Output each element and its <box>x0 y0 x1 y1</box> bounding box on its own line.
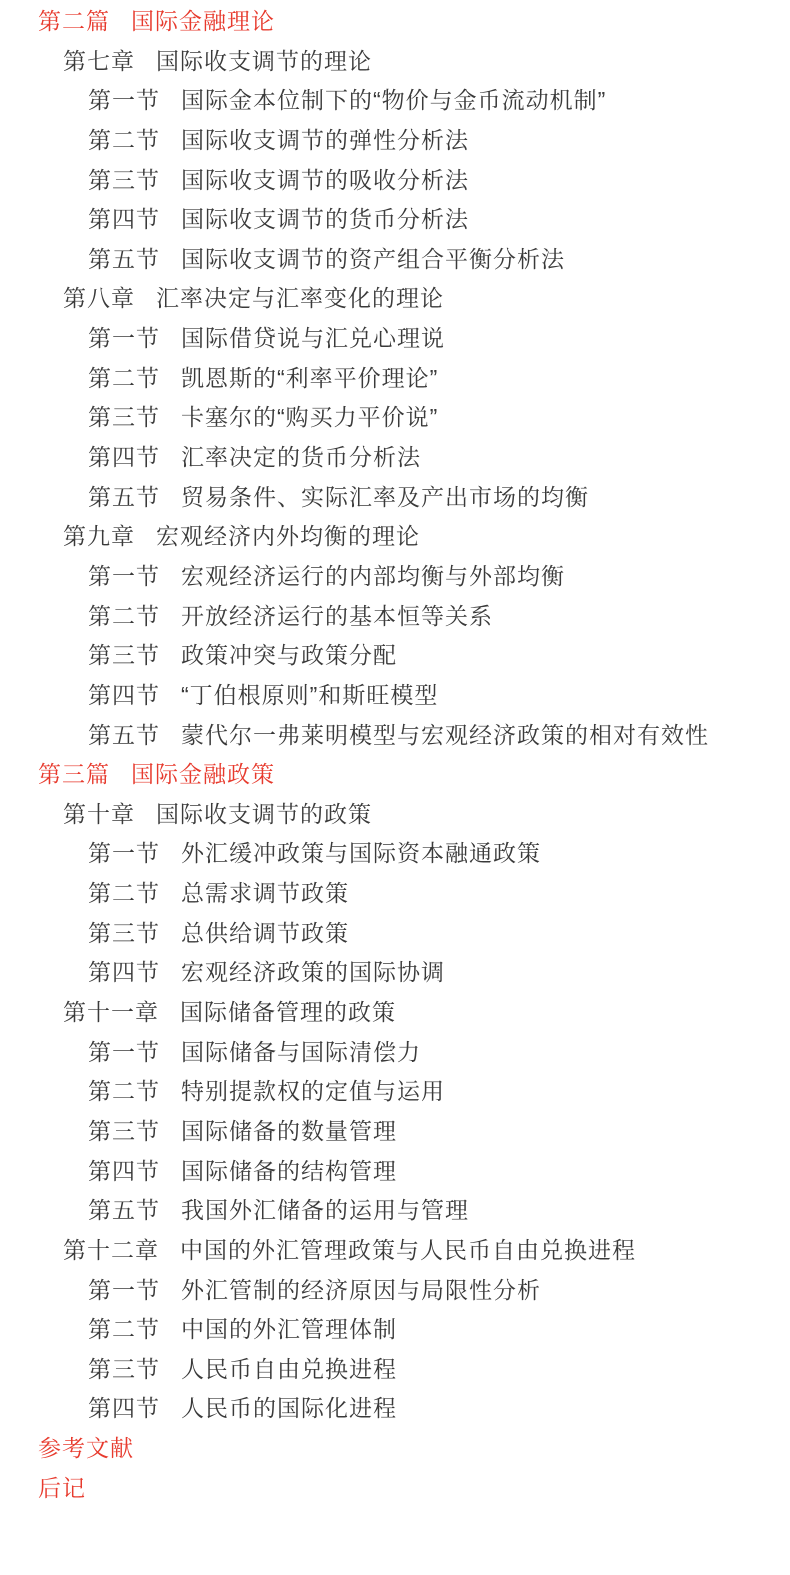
toc-entry-label: 第九章 <box>63 523 135 549</box>
toc-entry-label: 第三篇 <box>38 761 110 787</box>
toc-entry-section[interactable]: 第一节外汇管制的经济原因与局限性分析 <box>0 1271 790 1311</box>
toc-entry-label: 第二节 <box>88 1316 160 1342</box>
toc-entry-section[interactable]: 第三节政策冲突与政策分配 <box>0 636 790 676</box>
toc-entry-section[interactable]: 第四节国际储备的结构管理 <box>0 1152 790 1192</box>
toc-entry-title: 国际收支调节的吸收分析法 <box>181 167 469 193</box>
toc-entry-chapter[interactable]: 第七章国际收支调节的理论 <box>0 42 790 82</box>
toc-entry-section[interactable]: 第一节宏观经济运行的内部均衡与外部均衡 <box>0 557 790 597</box>
toc-entry-title: 宏观经济内外均衡的理论 <box>156 523 420 549</box>
toc-entry-title: 国际储备的结构管理 <box>181 1158 397 1184</box>
toc-entry-label: 第五节 <box>88 1197 160 1223</box>
toc-entry-title: 国际金本位制下的“物价与金币流动机制” <box>181 87 606 113</box>
toc-entry-chapter[interactable]: 第十章国际收支调节的政策 <box>0 795 790 835</box>
toc-entry-label: 第十一章 <box>63 999 159 1025</box>
toc-entry-label: 第三节 <box>88 167 160 193</box>
toc-entry-label: 第八章 <box>63 285 135 311</box>
toc-entry-section[interactable]: 第三节总供给调节政策 <box>0 914 790 954</box>
toc-entry-section[interactable]: 第一节外汇缓冲政策与国际资本融通政策 <box>0 834 790 874</box>
toc-entry-section[interactable]: 第三节人民币自由兑换进程 <box>0 1350 790 1390</box>
toc-entry-title: 宏观经济政策的国际协调 <box>181 959 445 985</box>
toc-entry-label: 第三节 <box>88 404 160 430</box>
toc-entry-title: 国际收支调节的货币分析法 <box>181 206 469 232</box>
toc-entry-title: 国际收支调节的政策 <box>156 801 372 827</box>
toc-entry-label: 参考文献 <box>38 1435 134 1461</box>
toc-entry-label: 第四节 <box>88 206 160 232</box>
toc-entry-section[interactable]: 第三节国际储备的数量管理 <box>0 1112 790 1152</box>
toc-entry-label: 第二节 <box>88 603 160 629</box>
toc-entry-title: 蒙代尔一弗莱明模型与宏观经济政策的相对有效性 <box>181 722 709 748</box>
toc-entry-section[interactable]: 第五节蒙代尔一弗莱明模型与宏观经济政策的相对有效性 <box>0 716 790 756</box>
toc-entry-section[interactable]: 第四节宏观经济政策的国际协调 <box>0 953 790 993</box>
toc-entry-label: 第一节 <box>88 1277 160 1303</box>
toc-entry-label: 第一节 <box>88 840 160 866</box>
toc-entry-title: 总供给调节政策 <box>181 920 349 946</box>
toc-entry-label: 第一节 <box>88 1039 160 1065</box>
toc-entry-title: 国际储备与国际清偿力 <box>181 1039 421 1065</box>
toc-entry-title: 卡塞尔的“购买力平价说” <box>181 404 438 430</box>
toc-entry-part[interactable]: 第三篇国际金融政策 <box>0 755 790 795</box>
toc-entry-label: 第五节 <box>88 484 160 510</box>
toc-entry-section[interactable]: 第二节国际收支调节的弹性分析法 <box>0 121 790 161</box>
toc-entry-label: 第三节 <box>88 1118 160 1144</box>
toc-entry-section[interactable]: 第五节国际收支调节的资产组合平衡分析法 <box>0 240 790 280</box>
toc-entry-title: 汇率决定与汇率变化的理论 <box>156 285 444 311</box>
toc-entry-label: 第三节 <box>88 920 160 946</box>
toc-entry-title: 国际收支调节的资产组合平衡分析法 <box>181 246 565 272</box>
toc-entry-label: 第四节 <box>88 444 160 470</box>
toc-entry-title: 中国的外汇管理政策与人民币自由兑换进程 <box>180 1237 636 1263</box>
toc-entry-title: 宏观经济运行的内部均衡与外部均衡 <box>181 563 565 589</box>
toc-entry-title: 人民币自由兑换进程 <box>181 1356 397 1382</box>
toc-entry-section[interactable]: 第五节我国外汇储备的运用与管理 <box>0 1191 790 1231</box>
toc-entry-title: 外汇缓冲政策与国际资本融通政策 <box>181 840 541 866</box>
toc-entry-title: 政策冲突与政策分配 <box>181 642 397 668</box>
toc-entry-section[interactable]: 第四节国际收支调节的货币分析法 <box>0 200 790 240</box>
toc-entry-title: 中国的外汇管理体制 <box>181 1316 397 1342</box>
toc-entry-title: 国际借贷说与汇兑心理说 <box>181 325 445 351</box>
toc-entry-title: 国际储备的数量管理 <box>181 1118 397 1144</box>
toc-entry-section[interactable]: 第一节国际储备与国际清偿力 <box>0 1033 790 1073</box>
toc-entry-section[interactable]: 第二节特别提款权的定值与运用 <box>0 1072 790 1112</box>
toc-entry-label: 第七章 <box>63 48 135 74</box>
toc-entry-part[interactable]: 第二篇国际金融理论 <box>0 2 790 42</box>
toc-entry-title: 贸易条件、实际汇率及产出市场的均衡 <box>181 484 589 510</box>
toc-entry-label: 第四节 <box>88 682 160 708</box>
toc-entry-label: 第一节 <box>88 87 160 113</box>
table-of-contents: 第二篇国际金融理论第七章国际收支调节的理论第一节国际金本位制下的“物价与金币流动… <box>0 0 790 1508</box>
toc-entry-label: 第一节 <box>88 325 160 351</box>
toc-entry-title: 我国外汇储备的运用与管理 <box>181 1197 469 1223</box>
toc-entry-label: 第二节 <box>88 880 160 906</box>
toc-entry-title: 国际金融理论 <box>131 8 275 34</box>
toc-entry-title: 国际金融政策 <box>131 761 275 787</box>
toc-entry-title: 开放经济运行的基本恒等关系 <box>181 603 493 629</box>
toc-entry-title: 凯恩斯的“利率平价理论” <box>181 365 438 391</box>
toc-entry-title: 国际储备管理的政策 <box>180 999 396 1025</box>
toc-entry-part[interactable]: 后记 <box>0 1469 790 1509</box>
toc-entry-label: 第二篇 <box>38 8 110 34</box>
toc-entry-section[interactable]: 第一节国际金本位制下的“物价与金币流动机制” <box>0 81 790 121</box>
toc-entry-chapter[interactable]: 第九章宏观经济内外均衡的理论 <box>0 517 790 557</box>
toc-entry-section[interactable]: 第四节人民币的国际化进程 <box>0 1389 790 1429</box>
toc-entry-label: 第四节 <box>88 1158 160 1184</box>
toc-entry-label: 第五节 <box>88 246 160 272</box>
toc-entry-label: 第三节 <box>88 1356 160 1382</box>
toc-entry-title: 外汇管制的经济原因与局限性分析 <box>181 1277 541 1303</box>
toc-entry-label: 第五节 <box>88 722 160 748</box>
toc-entry-label: 第四节 <box>88 959 160 985</box>
toc-entry-label: 第二节 <box>88 365 160 391</box>
toc-entry-title: 总需求调节政策 <box>181 880 349 906</box>
toc-entry-part[interactable]: 参考文献 <box>0 1429 790 1469</box>
toc-entry-section[interactable]: 第三节国际收支调节的吸收分析法 <box>0 161 790 201</box>
toc-entry-title: 国际收支调节的弹性分析法 <box>181 127 469 153</box>
toc-entry-label: 第二节 <box>88 1078 160 1104</box>
toc-entry-label: 后记 <box>38 1475 86 1501</box>
toc-entry-section[interactable]: 第二节中国的外汇管理体制 <box>0 1310 790 1350</box>
toc-entry-section[interactable]: 第三节卡塞尔的“购买力平价说” <box>0 398 790 438</box>
toc-entry-section[interactable]: 第四节“丁伯根原则”和斯旺模型 <box>0 676 790 716</box>
toc-entry-section[interactable]: 第二节凯恩斯的“利率平价理论” <box>0 359 790 399</box>
toc-entry-label: 第三节 <box>88 642 160 668</box>
toc-entry-title: 人民币的国际化进程 <box>181 1395 397 1421</box>
toc-entry-section[interactable]: 第二节总需求调节政策 <box>0 874 790 914</box>
toc-entry-title: “丁伯根原则”和斯旺模型 <box>181 682 438 708</box>
toc-entry-section[interactable]: 第四节汇率决定的货币分析法 <box>0 438 790 478</box>
toc-entry-section[interactable]: 第五节贸易条件、实际汇率及产出市场的均衡 <box>0 478 790 518</box>
toc-entry-title: 特别提款权的定值与运用 <box>181 1078 445 1104</box>
toc-entry-label: 第十章 <box>63 801 135 827</box>
toc-entry-label: 第十二章 <box>63 1237 159 1263</box>
toc-entry-chapter[interactable]: 第十一章国际储备管理的政策 <box>0 993 790 1033</box>
toc-entry-label: 第一节 <box>88 563 160 589</box>
toc-entry-chapter[interactable]: 第十二章中国的外汇管理政策与人民币自由兑换进程 <box>0 1231 790 1271</box>
toc-entry-label: 第二节 <box>88 127 160 153</box>
toc-entry-label: 第四节 <box>88 1395 160 1421</box>
toc-entry-title: 国际收支调节的理论 <box>156 48 372 74</box>
toc-entry-title: 汇率决定的货币分析法 <box>181 444 421 470</box>
toc-entry-section[interactable]: 第二节开放经济运行的基本恒等关系 <box>0 597 790 637</box>
toc-entry-section[interactable]: 第一节国际借贷说与汇兑心理说 <box>0 319 790 359</box>
toc-entry-chapter[interactable]: 第八章汇率决定与汇率变化的理论 <box>0 279 790 319</box>
